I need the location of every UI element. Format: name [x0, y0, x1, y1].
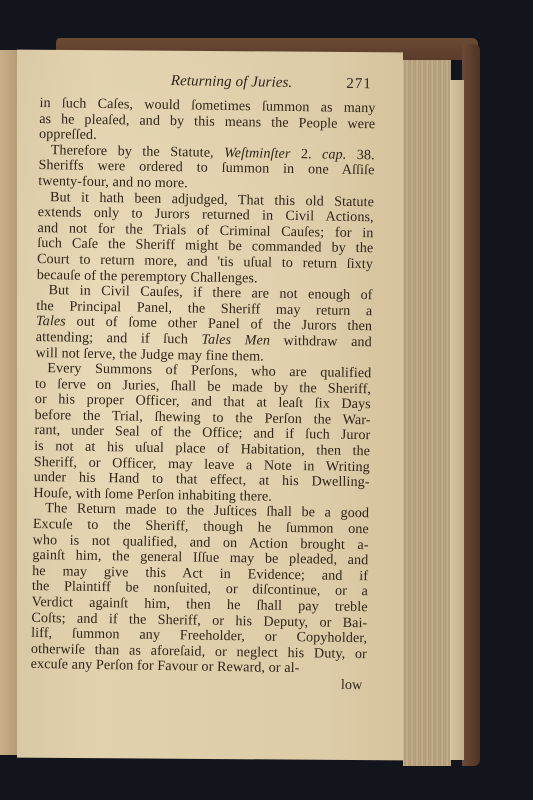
paragraph: Every Summons of Perſons, who are qualif… — [33, 361, 371, 507]
page-edges-block — [403, 60, 451, 766]
page-number: 271 — [346, 77, 372, 93]
paragraph: The Return made to the Juſtices ſhall be… — [31, 501, 370, 678]
page-text: Returning of Juries. 271 in ſuch Caſes, … — [30, 72, 376, 694]
paragraphs: in ſuch Caſes, would ſometimes ſummon as… — [31, 96, 376, 678]
paragraph: But it hath been adjudged, That this old… — [37, 190, 374, 289]
book-cover-right — [462, 44, 480, 766]
paragraph: But in Civil Cauſes, if there are not en… — [35, 283, 372, 366]
running-head: Returning of Juries. — [171, 74, 293, 92]
paragraph: Therefore by the Statute, Weſtminſter 2.… — [38, 143, 375, 195]
paragraph: in ſuch Caſes, would ſometimes ſummon as… — [39, 96, 376, 148]
page-edges-strip — [450, 80, 464, 760]
